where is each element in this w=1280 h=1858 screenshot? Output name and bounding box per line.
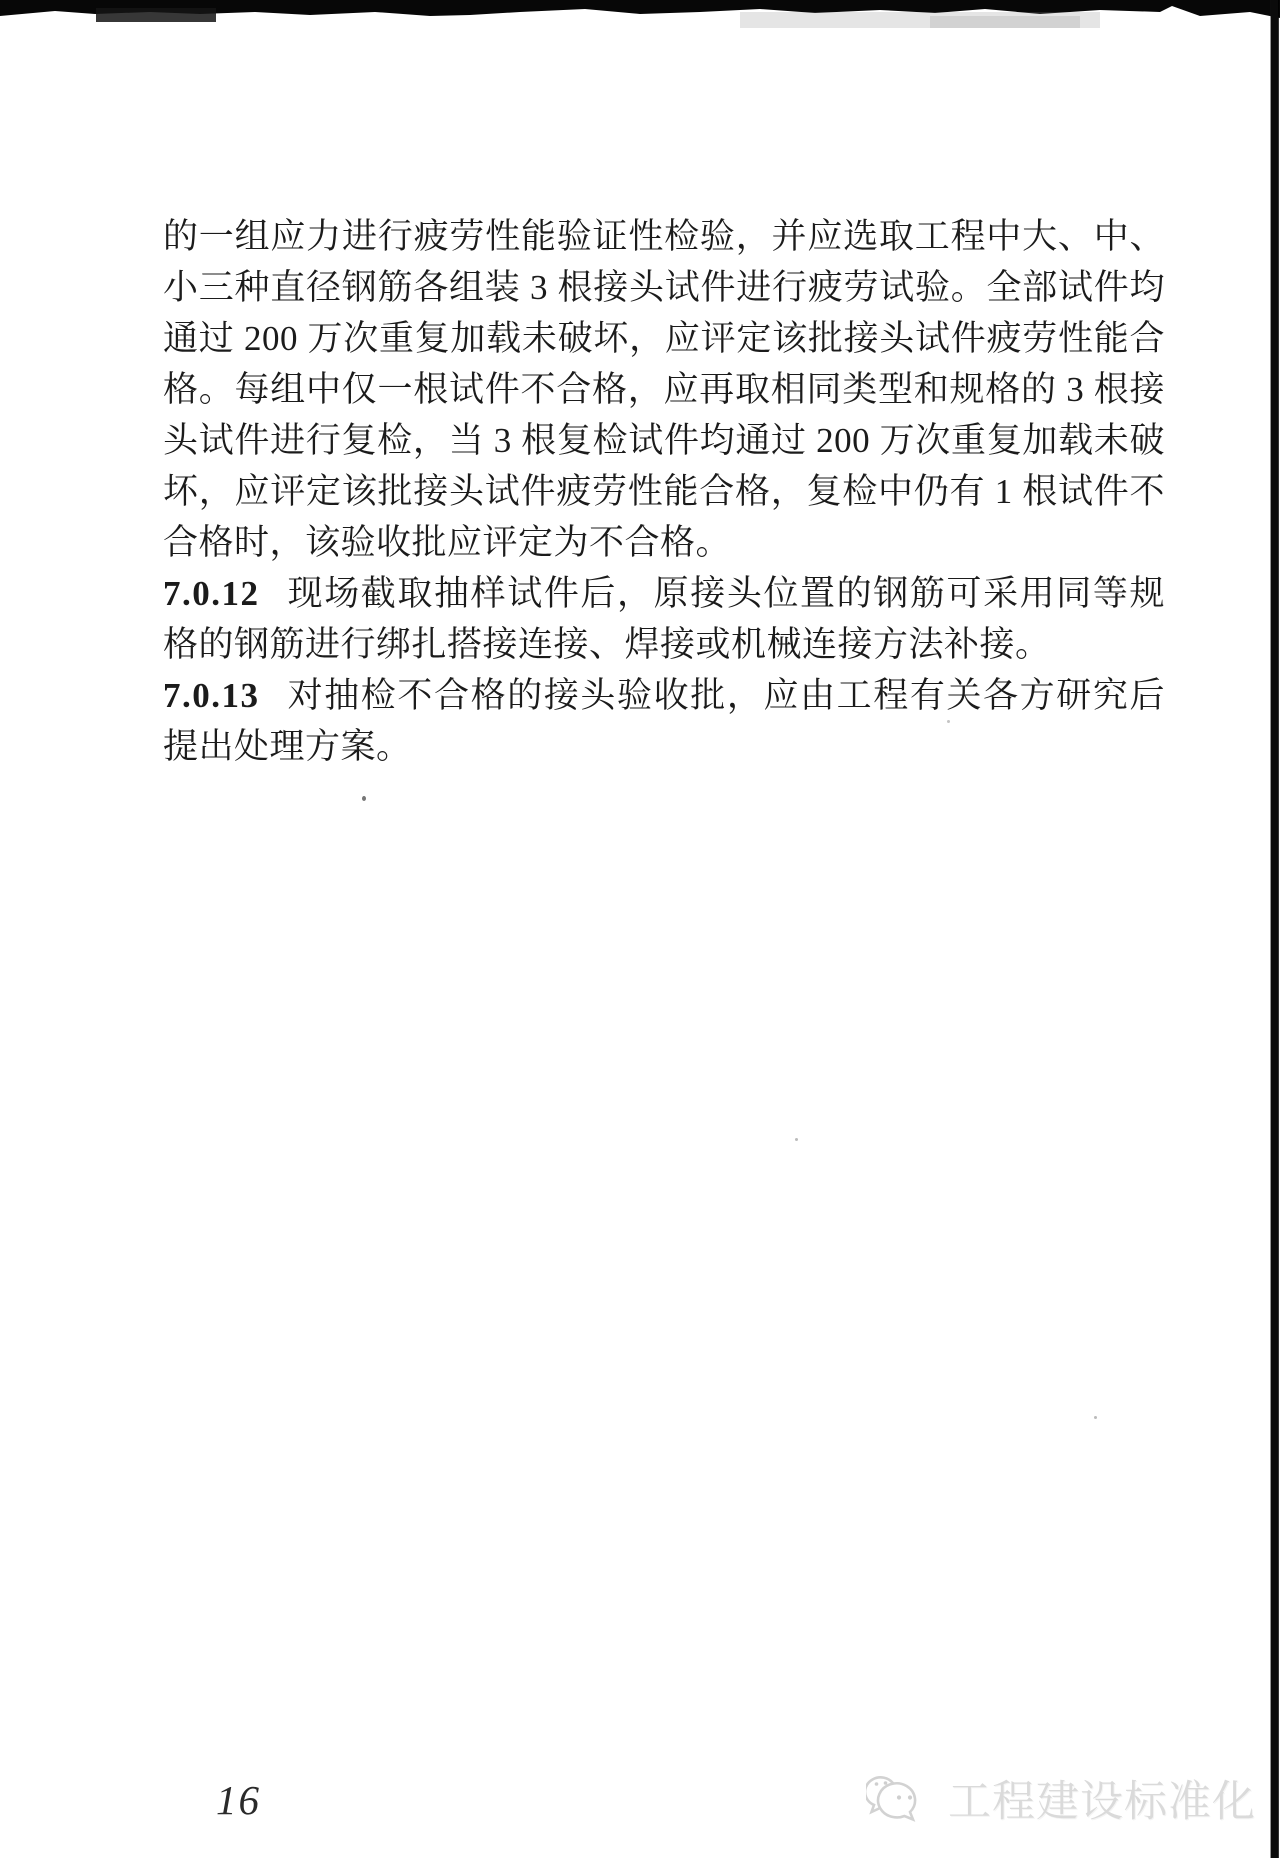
document-body: 的一组应力进行疲劳性能验证性检验，并应选取工程中大、中、小三种直径钢筋各组装 3…	[163, 211, 1165, 772]
wechat-icon	[866, 1772, 940, 1826]
clause-7-0-12: 7.0.12现场截取抽样试件后，原接头位置的钢筋可采用同等规格的钢筋进行绑扎搭接…	[163, 568, 1165, 670]
scan-artifact-right-edge	[1271, 0, 1278, 1858]
paragraph-continuation: 的一组应力进行疲劳性能验证性检验，并应选取工程中大、中、小三种直径钢筋各组装 3…	[163, 211, 1165, 568]
scan-speck	[1094, 1416, 1097, 1419]
clause-number: 7.0.12	[163, 574, 260, 613]
watermark: 工程建设标准化	[866, 1768, 1256, 1829]
clause-text: 现场截取抽样试件后，原接头位置的钢筋可采用同等规格的钢筋进行绑扎搭接连接、焊接或…	[163, 574, 1165, 664]
page-number: 16	[216, 1776, 261, 1824]
scan-artifact-top-edge	[0, 0, 1280, 34]
scan-speck	[362, 796, 366, 801]
clause-text: 对抽检不合格的接头验收批，应由工程有关各方研究后提出处理方案。	[163, 676, 1165, 766]
watermark-text: 工程建设标准化	[948, 1768, 1256, 1829]
scanned-document-page: 的一组应力进行疲劳性能验证性检验，并应选取工程中大、中、小三种直径钢筋各组装 3…	[0, 0, 1280, 1858]
clause-7-0-13: 7.0.13对抽检不合格的接头验收批，应由工程有关各方研究后提出处理方案。	[163, 670, 1165, 772]
scan-speck	[795, 1138, 798, 1141]
clause-number: 7.0.13	[163, 676, 260, 715]
